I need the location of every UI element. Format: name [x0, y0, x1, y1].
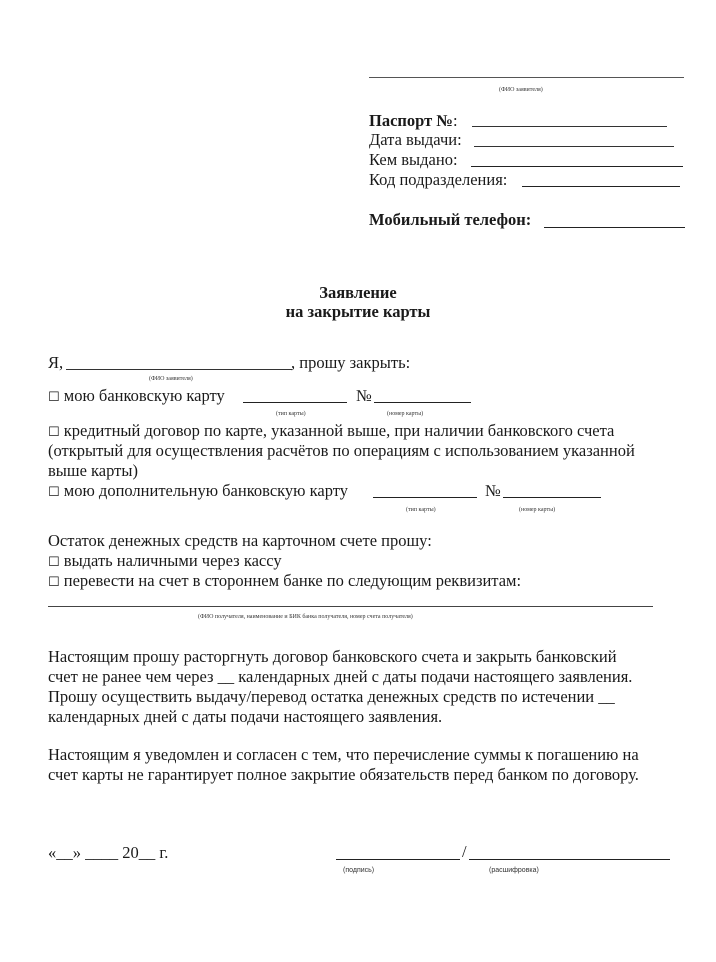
transfer-details-field[interactable] — [48, 606, 653, 607]
division-code-label: Код подразделения: — [369, 170, 507, 190]
transfer-details-caption: (ФИО получателя, наименование и БИК банк… — [198, 614, 413, 620]
decoding-field[interactable] — [469, 859, 670, 860]
paragraph-1-line-1: Настоящим прошу расторгнуть договор банк… — [48, 647, 617, 667]
passport-label: Паспорт № — [369, 111, 453, 130]
request-suffix: , прошу закрыть: — [291, 353, 410, 373]
additional-card-number-sign: № — [485, 481, 501, 501]
issue-date-label: Дата выдачи: — [369, 130, 462, 150]
main-card-number-field[interactable] — [374, 402, 471, 403]
paragraph-1-line-2: счет не ранее чем через __ календарных д… — [48, 667, 632, 687]
option-credit-line-1: кредитный договор по карте, указанной вы… — [64, 421, 615, 440]
applicant-name-caption: (ФИО заявителя) — [499, 87, 543, 93]
option-cash-label: выдать наличными через кассу — [64, 551, 282, 570]
additional-card-number-field[interactable] — [503, 497, 601, 498]
option-credit-line-2: (открытый для осуществления расчётов по … — [48, 441, 635, 461]
additional-card-type-caption: (тип карты) — [406, 507, 436, 513]
issued-by-field[interactable] — [471, 166, 683, 167]
balance-intro: Остаток денежных средств на карточном сч… — [48, 531, 432, 551]
passport-number-field[interactable] — [472, 126, 667, 127]
issued-by-label: Кем выдано: — [369, 150, 458, 170]
paragraph-2-line-2: счет карты не гарантирует полное закрыти… — [48, 765, 639, 785]
request-applicant-field[interactable] — [66, 369, 292, 370]
checkbox-icon[interactable]: ☐ — [48, 575, 60, 590]
option-credit-agreement[interactable]: ☐ кредитный договор по карте, указанной … — [48, 421, 614, 443]
paragraph-2-line-1: Настоящим я уведомлен и согласен с тем, … — [48, 745, 639, 765]
mobile-phone-field[interactable] — [544, 227, 685, 228]
option-transfer[interactable]: ☐ перевести на счет в стороннем банке по… — [48, 571, 521, 593]
date-field[interactable]: «__» ____ 20__ г. — [48, 843, 168, 863]
request-applicant-caption: (ФИО заявителя) — [149, 376, 193, 382]
mobile-phone-label: Мобильный телефон: — [369, 210, 531, 230]
checkbox-icon[interactable]: ☐ — [48, 485, 60, 500]
main-card-number-caption: (номер карты) — [387, 411, 423, 417]
request-prefix: Я, — [48, 353, 63, 373]
signature-slash: / — [462, 842, 467, 862]
paragraph-1-line-4: календарных дней с даты подачи настоящег… — [48, 707, 442, 727]
option-additional-card[interactable]: ☐ мою дополнительную банковскую карту — [48, 481, 348, 503]
document-title: Заявление — [0, 283, 716, 303]
main-card-type-field[interactable] — [243, 402, 347, 403]
main-card-type-caption: (тип карты) — [276, 411, 306, 417]
decoding-caption: (расшифровка) — [489, 867, 539, 874]
option-main-card-label: мою банковскую карту — [64, 386, 225, 405]
option-cash-withdrawal[interactable]: ☐ выдать наличными через кассу — [48, 551, 282, 573]
paragraph-1-line-3: Прошу осуществить выдачу/перевод остатка… — [48, 687, 615, 707]
checkbox-icon[interactable]: ☐ — [48, 555, 60, 570]
main-card-number-sign: № — [356, 386, 372, 406]
passport-row: Паспорт №: — [369, 111, 458, 131]
applicant-name-line[interactable] — [369, 77, 684, 78]
option-additional-card-label: мою дополнительную банковскую карту — [64, 481, 348, 500]
passport-colon: : — [453, 111, 458, 130]
checkbox-icon[interactable]: ☐ — [48, 425, 60, 440]
additional-card-type-field[interactable] — [373, 497, 477, 498]
option-main-card[interactable]: ☐ мою банковскую карту — [48, 386, 225, 408]
option-credit-line-3: выше карты) — [48, 461, 138, 481]
option-transfer-label: перевести на счет в стороннем банке по с… — [64, 571, 521, 590]
division-code-field[interactable] — [522, 186, 680, 187]
document-subtitle: на закрытие карты — [0, 302, 716, 322]
signature-caption: (подпись) — [343, 867, 374, 874]
issue-date-field[interactable] — [474, 146, 674, 147]
signature-field[interactable] — [336, 859, 460, 860]
additional-card-number-caption: (номер карты) — [519, 507, 555, 513]
checkbox-icon[interactable]: ☐ — [48, 390, 60, 405]
